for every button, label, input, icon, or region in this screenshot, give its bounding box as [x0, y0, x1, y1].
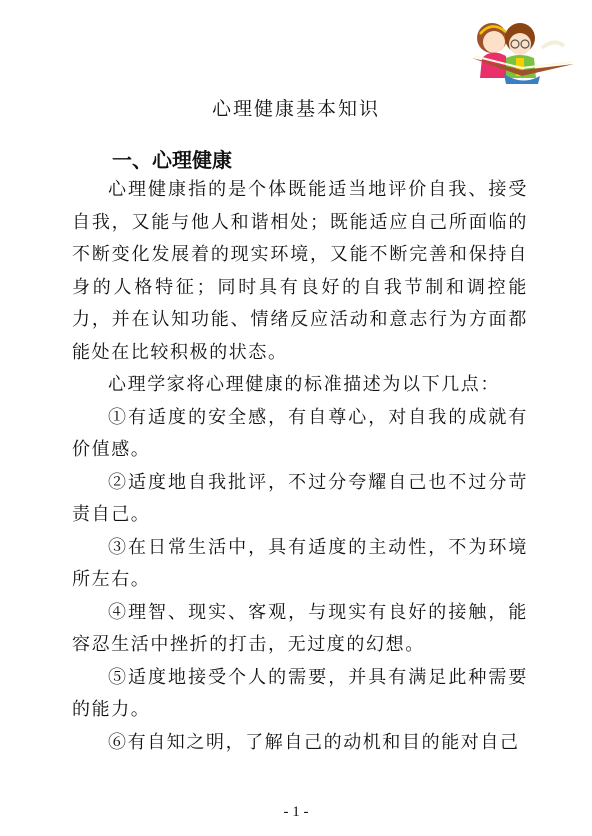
document-body: 心理健康指的是个体既能适当地评价自我、接受自我，又能与他人和谐相处；既能适应自己…: [72, 174, 528, 759]
children-reading-book-icon: [462, 8, 582, 88]
paragraph-definition: 心理健康指的是个体既能适当地评价自我、接受自我，又能与他人和谐相处；既能适应自己…: [72, 174, 528, 369]
section-heading: 一、心理健康: [112, 144, 232, 173]
page-number: - 1 -: [0, 804, 592, 821]
list-item-3: ③在日常生活中，具有适度的主动性，不为环境所左右。: [72, 532, 528, 597]
document-title: 心理健康基本知识: [0, 94, 592, 121]
list-item-6: ⑥有自知之明，了解自己的动机和目的能对自己: [72, 727, 528, 760]
list-item-4: ④理智、现实、客观，与现实有良好的接触，能容忍生活中挫折的打击，无过度的幻想。: [72, 597, 528, 662]
paragraph-intro: 心理学家将心理健康的标准描述为以下几点：: [72, 369, 528, 402]
list-item-1: ①有适度的安全感，有自尊心，对自我的成就有价值感。: [72, 402, 528, 467]
list-item-5: ⑤适度地接受个人的需要，并具有满足此种需要的能力。: [72, 662, 528, 727]
list-item-2: ②适度地自我批评，不过分夸耀自己也不过分苛责自己。: [72, 467, 528, 532]
